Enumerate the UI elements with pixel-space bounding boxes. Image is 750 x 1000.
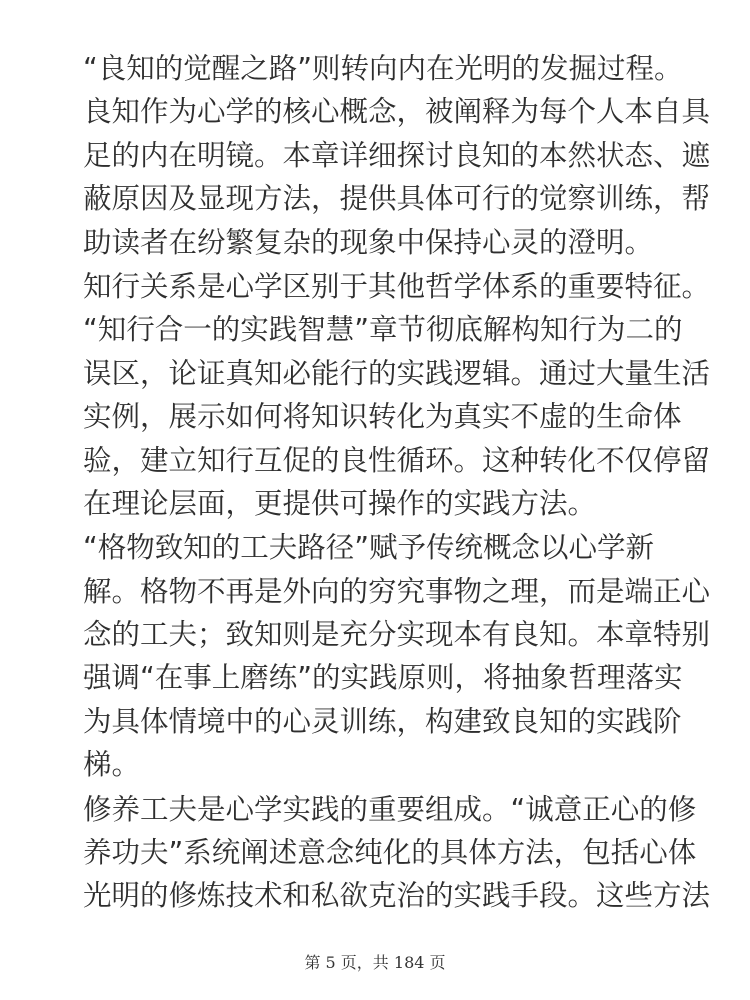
text-line: “知行合一的实践智慧”章节彻底解构知行为二的 bbox=[83, 308, 673, 351]
text-line: 验，建立知行互促的良性循环。这种转化不仅停留 bbox=[83, 439, 673, 482]
paragraph-3: “格物致知的工夫路径”赋予传统概念以心学新 解。格物不再是外向的穷究事物之理，而… bbox=[83, 526, 673, 786]
text-line: 蔽原因及显现方法，提供具体可行的觉察训练，帮 bbox=[83, 177, 673, 220]
paragraph-1: “良知的觉醒之路”则转向内在光明的发掘过程。 良知作为心学的核心概念，被阐释为每… bbox=[83, 47, 673, 264]
text-line: 梯。 bbox=[83, 743, 673, 786]
text-line: 实例，展示如何将知识转化为真实不虚的生命体 bbox=[83, 395, 673, 438]
text-line: 光明的修炼技术和私欲克治的实践手段。这些方法 bbox=[83, 874, 673, 917]
text-line: 误区，论证真知必能行的实践逻辑。通过大量生活 bbox=[83, 352, 673, 395]
paragraph-4: 修养工夫是心学实践的重要组成。“诚意正心的修 养功夫”系统阐述意念纯化的具体方法… bbox=[83, 788, 673, 918]
text-line: 解。格物不再是外向的穷究事物之理，而是端正心 bbox=[83, 570, 673, 613]
paragraph-2: 知行关系是心学区别于其他哲学体系的重要特征。 “知行合一的实践智慧”章节彻底解构… bbox=[83, 265, 673, 525]
text-line: 足的内在明镜。本章详细探讨良知的本然状态、遮 bbox=[83, 134, 673, 177]
text-line: 念的工夫；致知则是充分实现本有良知。本章特别 bbox=[83, 613, 673, 656]
text-line: 养功夫”系统阐述意念纯化的具体方法，包括心体 bbox=[83, 831, 673, 874]
body-text: “良知的觉醒之路”则转向内在光明的发掘过程。 良知作为心学的核心概念，被阐释为每… bbox=[83, 47, 673, 918]
page-number-footer: 第 5 页，共 184 页 bbox=[0, 950, 750, 973]
text-line: 修养工夫是心学实践的重要组成。“诚意正心的修 bbox=[83, 788, 673, 831]
text-line: 知行关系是心学区别于其他哲学体系的重要特征。 bbox=[83, 265, 673, 308]
document-page: “良知的觉醒之路”则转向内在光明的发掘过程。 良知作为心学的核心概念，被阐释为每… bbox=[0, 0, 750, 1000]
text-line: “格物致知的工夫路径”赋予传统概念以心学新 bbox=[83, 526, 673, 569]
text-line: 在理论层面，更提供可操作的实践方法。 bbox=[83, 482, 673, 525]
text-line: 助读者在纷繁复杂的现象中保持心灵的澄明。 bbox=[83, 221, 673, 264]
text-line: 良知作为心学的核心概念，被阐释为每个人本自具 bbox=[83, 90, 673, 133]
text-line: 为具体情境中的心灵训练，构建致良知的实践阶 bbox=[83, 700, 673, 743]
text-line: 强调“在事上磨练”的实践原则，将抽象哲理落实 bbox=[83, 656, 673, 699]
text-line: “良知的觉醒之路”则转向内在光明的发掘过程。 bbox=[83, 47, 673, 90]
